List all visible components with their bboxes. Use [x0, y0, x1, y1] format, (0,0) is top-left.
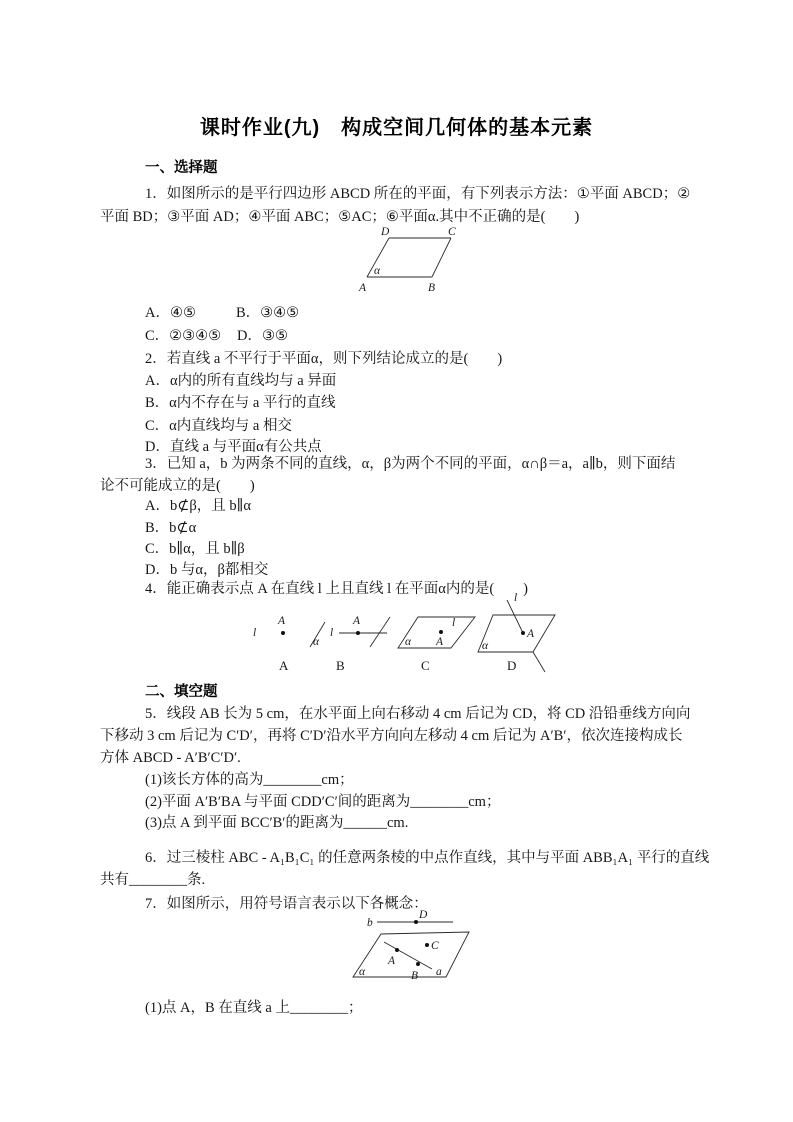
q5-line1: 5．线段 AB 长为 5 cm，在水平面上向右移动 4 cm 后记为 CD，将 …: [145, 705, 690, 723]
figD-line-l-lower: [533, 652, 545, 672]
figC-line-l-label: l: [452, 617, 455, 629]
q2-option-a: A．α内的所有直线均与 a 异面: [145, 372, 336, 390]
q5-blank1: (1)该长方体的高为________cm；: [145, 771, 354, 789]
figA-point-a-dot: [281, 631, 285, 635]
q5-blank2: (2)平面 A′B′BA 与平面 CDD′C′间的距离为________cm；: [145, 793, 500, 811]
q3-line2: 论不可能成立的是( ): [100, 477, 255, 495]
q2-option-b: B．α内不存在与 a 平行的直线: [145, 394, 335, 412]
q4-answer-figures: l A A α l A B α A l C A l α D: [243, 592, 573, 680]
figC-point-a-dot: [439, 630, 443, 634]
point-a-dot: [395, 948, 399, 952]
q2-stem: 2．若直线 a 不平行于平面α，则下列结论成立的是( ): [145, 350, 502, 368]
q7-plane-figure: b D α A B C a: [348, 908, 478, 994]
q1-option-c: C．②③④⑤: [145, 327, 221, 345]
point-b-label: B: [411, 970, 418, 982]
q3-line1: 3．已知 a，b 为两条不同的直线，α，β为两个不同的平面，α∩β＝a，a∥b，…: [145, 455, 675, 473]
point-a-label: A: [387, 955, 396, 967]
q5-line2: 下移动 3 cm 后记为 C′D′，再将 C′D′沿水平方向向左移动 4 cm …: [100, 727, 683, 745]
q6-line2: 共有________条.: [100, 871, 205, 889]
vertex-label-a: A: [358, 282, 367, 294]
q3-option-d: D．b 与α，β都相交: [145, 561, 268, 579]
vertex-label-c: C: [448, 226, 456, 238]
figA-line-l-label: l: [253, 627, 256, 639]
figB-right-edge: [370, 617, 390, 647]
figD-line-l-label: l: [514, 592, 517, 604]
figB-point-a-label: A: [352, 615, 361, 627]
point-c-label: C: [431, 940, 439, 952]
q5-line3: 方体 ABCD - A′B′C′D′.: [100, 749, 241, 767]
q1-line1: 1．如图所示的是平行四边形 ABCD 所在的平面，有下列表示方法：①平面 ABC…: [145, 185, 690, 203]
q1-option-d: D．③⑤: [237, 327, 288, 345]
figC-alpha-label: α: [405, 636, 412, 648]
figB-caption: B: [336, 658, 345, 673]
figB-alpha-label: α: [313, 636, 320, 648]
q1-option-a: A．④⑤: [145, 304, 196, 322]
figA-caption: A: [279, 658, 289, 673]
figB-point-a-dot: [356, 631, 360, 635]
figC-point-a-label: A: [435, 636, 444, 648]
figD-point-a-label: A: [526, 628, 535, 640]
plane-label-alpha: α: [374, 265, 381, 277]
line-b-label: b: [367, 917, 373, 929]
q7-blank1: (1)点 A，B 在直线 a 上________；: [145, 999, 363, 1017]
q3-option-a: A．b⊄β，且 b∥α: [145, 497, 251, 515]
line-a-label: a: [436, 966, 442, 978]
figC-caption: C: [421, 658, 430, 673]
plane-alpha-label: α: [359, 966, 366, 978]
section-heading-fill: 二、填空题: [145, 683, 218, 701]
figA-point-a-label: A: [277, 615, 286, 627]
figD-line-l-upper: [507, 600, 523, 633]
figB-line-l-label: l: [330, 627, 333, 639]
q3-option-b: B．b⊄α: [145, 519, 196, 537]
q6-line1: 6．过三棱柱 ABC - A₁B₁C₁ 的任意两条棱的中点作直线，其中与平面 A…: [145, 849, 709, 867]
q2-option-c: C．α内直线均与 a 相交: [145, 417, 292, 435]
figD-caption: D: [507, 658, 516, 673]
edge-bc: [432, 238, 451, 277]
point-d-dot: [414, 920, 418, 924]
q1-line2: 平面 BD；③平面 AD；④平面 ABC；⑤AC；⑥平面α.其中不正确的是( ): [100, 208, 579, 226]
q2-option-d: D．直线 a 与平面α有公共点: [145, 438, 322, 456]
q1-parallelogram-figure: D C A B α: [352, 222, 472, 298]
point-c-dot: [425, 943, 429, 947]
figD-point-a-dot: [521, 631, 525, 635]
q1-option-b: B．③④⑤: [236, 304, 299, 322]
q5-blank3: (3)点 A 到平面 BCC′B′的距离为______cm.: [145, 814, 408, 832]
vertex-label-d: D: [380, 226, 390, 238]
point-b-dot: [416, 962, 420, 966]
q3-option-c: C．b∥α，且 b∥β: [145, 540, 245, 558]
section-heading-choice: 一、选择题: [145, 159, 218, 177]
worksheet-page: 课时作业(九) 构成空间几何体的基本元素 一、选择题 1．如图所示的是平行四边形…: [0, 0, 793, 1122]
figD-alpha-label: α: [482, 640, 489, 652]
page-title: 课时作业(九) 构成空间几何体的基本元素: [0, 116, 793, 141]
point-d-label: D: [418, 909, 428, 921]
vertex-label-b: B: [428, 282, 435, 294]
